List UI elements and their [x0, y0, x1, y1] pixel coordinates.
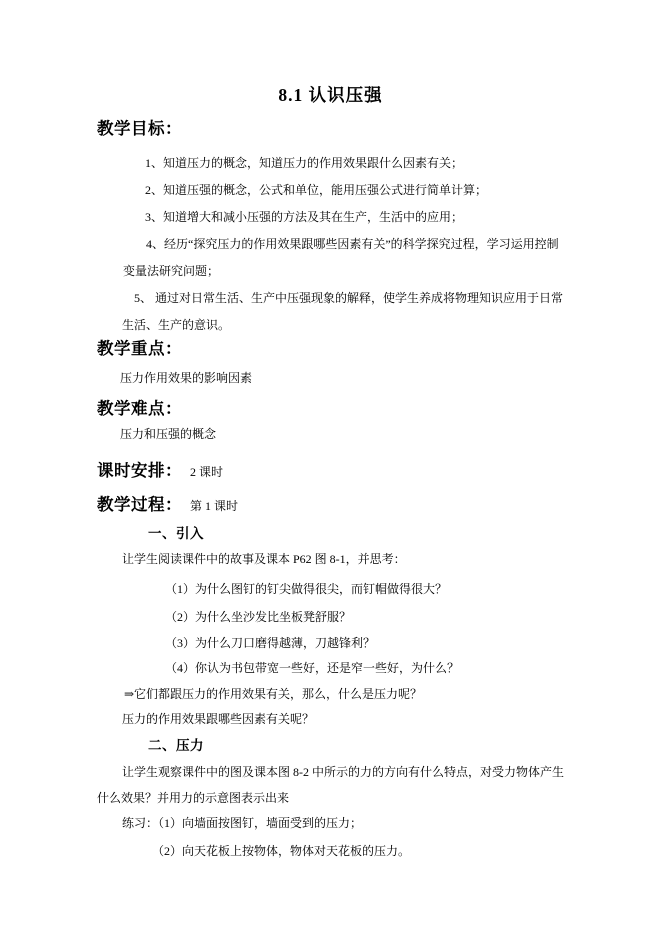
- part1-question-3: （3）为什么刀口磨得越薄，刀越锋利？: [165, 630, 375, 657]
- part1-heading: 一、引入: [148, 525, 204, 543]
- part1-conclusion: ⇒它们都跟压力的作用效果有关，那么，什么是压力呢？: [124, 681, 422, 708]
- objective-item-5: 5、 通过对日常生活、生产中压强现象的解释，使学生养成将物理知识应用于日常生活、…: [122, 285, 567, 339]
- schedule-heading: 课时安排：: [97, 461, 182, 480]
- lesson-plan-document: 8.1 认识压强 教学目标： 1、知道压力的概念，知道压力的作用效果跟什么因素有…: [0, 0, 661, 935]
- objective-item-2: 2、知道压强的概念，公式和单位，能用压强公式进行简单计算；: [145, 177, 487, 204]
- part1-intro: 让学生阅读课件中的故事及课本 P62 图 8-1，并思考：: [122, 546, 406, 573]
- key-points-heading: 教学重点：: [97, 339, 182, 359]
- objective-item-4: 4、经历“探究压力的作用效果跟哪些因素有关”的科学探究过程，学习运用控制变量法研…: [123, 231, 567, 285]
- part1-question-1: （1）为什么图钉的钉尖做得很尖，而钉帽做得很大？: [165, 576, 447, 603]
- document-title: 8.1 认识压强: [0, 84, 661, 106]
- objective-item-1: 1、知道压力的概念，知道压力的作用效果跟什么因素有关；: [145, 150, 463, 177]
- difficulties-heading: 教学难点：: [97, 399, 182, 419]
- schedule-line: 课时安排：2 课时: [97, 461, 223, 482]
- objective-item-3: 3、知道增大和减小压强的方法及其在生产，生活中的应用；: [145, 204, 463, 231]
- process-content: 第 1 课时: [190, 499, 238, 513]
- part2-exercise-2: （2）向天花板上按物体，物体对天花板的压力。: [152, 838, 410, 865]
- key-points-content: 压力作用效果的影响因素: [120, 365, 252, 392]
- part2-intro: 让学生观察课件中的图及课本图 8-2 中所示的力的方向有什么特点，对受力物体产生…: [97, 759, 568, 811]
- part2-exercise-1: 练习：（1）向墙面按图钉，墙面受到的压力；: [122, 810, 362, 837]
- objectives-heading: 教学目标：: [97, 119, 182, 139]
- part2-heading: 二、压力: [148, 737, 204, 755]
- process-heading: 教学过程：: [97, 495, 182, 514]
- difficulties-content: 压力和压强的概念: [120, 421, 216, 448]
- part1-question-4: （4）你认为书包带宽一些好，还是窄一些好，为什么？: [165, 655, 459, 682]
- part1-followup-question: 压力的作用效果跟哪些因素有关呢？: [122, 706, 314, 733]
- part1-question-2: （2）为什么坐沙发比坐板凳舒服？: [165, 604, 351, 631]
- process-line: 教学过程：第 1 课时: [97, 495, 238, 516]
- schedule-content: 2 课时: [190, 465, 223, 479]
